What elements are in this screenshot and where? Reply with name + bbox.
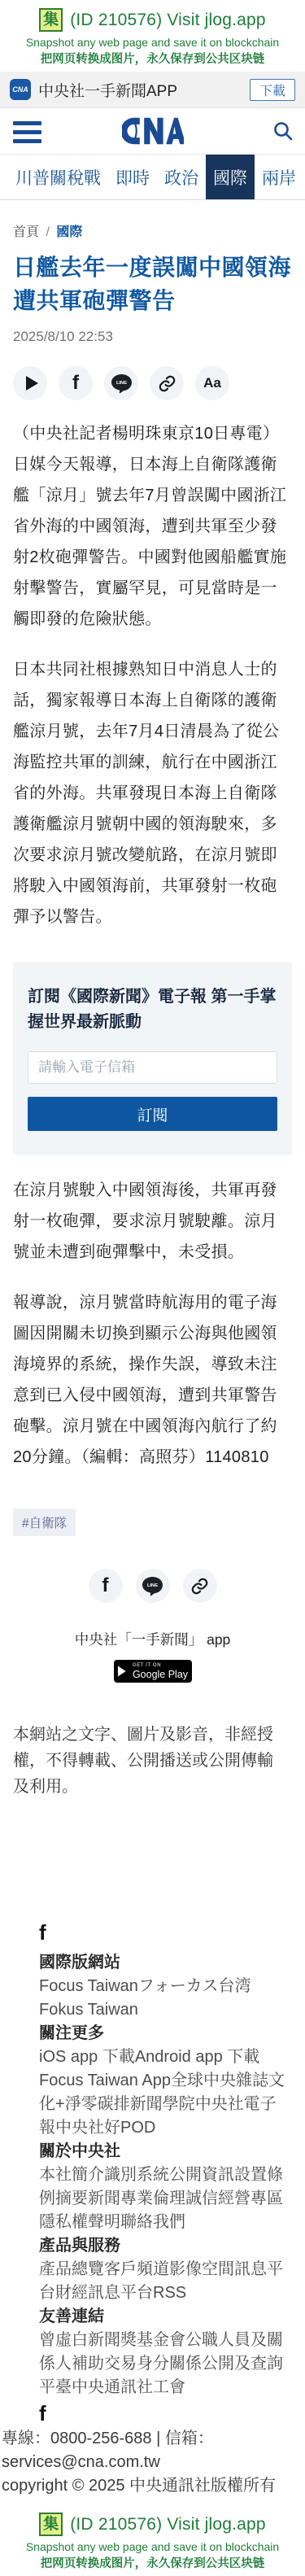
text-size-button[interactable]: Aa: [195, 366, 229, 400]
app-promo: 中央社「一手新聞」 app GET IT ON Google Play: [13, 1629, 292, 1683]
footer-link[interactable]: iOS app 下載: [39, 2048, 135, 2066]
page-title: 日艦去年一度誤闖中國領海遭共軍砲彈警告: [13, 251, 292, 317]
copy-link-button[interactable]: [150, 366, 184, 400]
jlog-logo-icon: 集: [39, 2513, 63, 2536]
share-line-button[interactable]: LINE: [104, 366, 138, 400]
article-date: 2025/8/10 22:53: [13, 329, 292, 345]
footer-link[interactable]: 曾虛白新聞獎基金會: [39, 2331, 185, 2349]
jlog-banner-link[interactable]: (ID 210576) Visit jlog.app: [70, 2515, 266, 2535]
article-main: 首頁 / 國際 日艦去年一度誤闖中國領海遭共軍砲彈警告 2025/8/10 22…: [0, 221, 305, 1800]
share-line-button[interactable]: LINE: [136, 1569, 170, 1603]
footer-link-list: Focus Taiwanフォーカス台湾Fokus Taiwan: [39, 1975, 289, 2022]
facebook-icon: f: [72, 373, 79, 393]
cna-app-icon: CNA: [10, 79, 31, 100]
footer-section-heading: 關注更多: [39, 2022, 289, 2046]
nav-item-2[interactable]: 即時: [108, 155, 157, 199]
copyright-notice: 本網站之文字、圖片及影音，非經授權，不得轉載、公開播送或公開傳輸及利用。: [13, 1722, 292, 1800]
footer-link[interactable]: Fokus Taiwan: [39, 2001, 138, 2019]
category-nav: 川普關稅戰即時政治國際兩岸產經: [0, 154, 305, 200]
line-icon: LINE: [111, 373, 133, 394]
menu-icon[interactable]: [13, 121, 41, 143]
footer-link[interactable]: 聯絡我們: [120, 2213, 185, 2231]
breadcrumb-separator: /: [46, 225, 49, 239]
footer-link[interactable]: Android app 下載: [135, 2048, 259, 2066]
footer-section-heading: 產品與服務: [39, 2234, 289, 2258]
facebook-icon[interactable]: f: [39, 1922, 289, 1943]
footer-link[interactable]: 識別系統: [104, 2166, 169, 2184]
play-audio-button[interactable]: [13, 366, 47, 400]
svg-text:LINE: LINE: [115, 381, 126, 386]
footer-link[interactable]: 新聞學院: [130, 2095, 195, 2113]
site-footer: f 國際版網站Focus Taiwanフォーカス台湾Fokus Taiwan關注…: [0, 1922, 305, 2498]
line-icon: LINE: [142, 1576, 163, 1596]
article-action-bar: f LINE Aa: [13, 366, 292, 400]
footer-link-list: 曾虛白新聞獎基金會公職人員及關係人補助交易身分關係公開及查詢平臺中央通訊社工會: [39, 2329, 289, 2399]
footer-sections: 國際版網站Focus Taiwanフォーカス台湾Fokus Taiwan關注更多…: [39, 1951, 289, 2399]
newsletter-email-input[interactable]: [28, 1051, 277, 1084]
jlog-banner-subtitle-zh: 把网页转换成图片，永久保存到公共区块链: [0, 2554, 305, 2571]
nav-item-3[interactable]: 政治: [157, 155, 206, 199]
footer-email-link[interactable]: services@cna.com.tw: [2, 2451, 305, 2474]
cna-logo[interactable]: [122, 116, 184, 146]
footer-link[interactable]: 客戶頻道: [104, 2260, 169, 2278]
link-icon: [190, 1577, 209, 1596]
breadcrumb-category-link[interactable]: 國際: [56, 225, 82, 239]
newsletter-subscribe-button[interactable]: 訂閱: [28, 1097, 277, 1131]
footer-link[interactable]: 中央社好POD: [55, 2119, 155, 2137]
footer-link-list: 產品總覽客戶頻道影像空間訊息平台財經訊息平台RSS: [39, 2258, 289, 2305]
jlog-banner-link[interactable]: (ID 210576) Visit jlog.app: [70, 11, 266, 30]
jlog-banner-subtitle-zh: 把网页转换成图片，永久保存到公共区块链: [0, 50, 305, 67]
newsletter-title: 訂閱《國際新聞》電子報 第一手掌握世界最新脈動: [28, 985, 277, 1035]
app-download-banner: CNA 中央社一手新聞APP 下載: [0, 72, 305, 108]
footer-link-list: 本社簡介識別系統公開資訊設置條例摘要新聞專業倫理誠信經營專區隱私權聲明聯絡我們: [39, 2163, 289, 2234]
footer-link[interactable]: RSS: [153, 2284, 186, 2302]
google-play-badge-line1: GET IT ON: [133, 1663, 161, 1668]
article-paragraph: 報導說，涼月號當時航海用的電子海圖因開關未切換到顯示公海與他國領海境界的系統，操…: [13, 1287, 292, 1473]
hashtag-row: #自衛隊: [13, 1508, 292, 1536]
google-play-badge[interactable]: GET IT ON Google Play: [114, 1660, 192, 1683]
footer-link[interactable]: 產品總覽: [39, 2260, 104, 2278]
footer-link[interactable]: Focus Taiwan App: [39, 2072, 171, 2089]
jlog-banner-bottom: 集 (ID 210576) Visit jlog.app Snapshot an…: [0, 2504, 305, 2576]
svg-text:LINE: LINE: [147, 1583, 158, 1588]
jlog-banner-subtitle-en: Snapshot any web page and save it on blo…: [0, 2540, 305, 2553]
footer-link[interactable]: 淨零碳排: [65, 2095, 130, 2113]
footer-contact: 專線：0800-256-688 | 信箱： services@cna.com.t…: [0, 2427, 305, 2498]
footer-copyright: copyright © 2025 中央通訊社版權所有: [2, 2474, 305, 2498]
footer-section-heading: 國際版網站: [39, 1951, 289, 1975]
jlog-logo-icon: 集: [39, 8, 63, 32]
footer-link[interactable]: 公開資訊: [169, 2166, 234, 2184]
footer-link[interactable]: 影像空間: [169, 2260, 234, 2278]
footer-link[interactable]: 新聞專業倫理: [88, 2190, 185, 2207]
search-icon[interactable]: [272, 120, 294, 142]
footer-link[interactable]: 本社簡介: [39, 2166, 104, 2184]
hashtag-link[interactable]: #自衛隊: [13, 1508, 76, 1536]
bottom-share-bar: f LINE: [13, 1569, 292, 1603]
facebook-icon[interactable]: f: [39, 2403, 289, 2424]
footer-link[interactable]: フォーカス台湾: [138, 1977, 251, 1995]
link-icon: [158, 374, 176, 393]
footer-link[interactable]: 隱私權聲明: [39, 2213, 120, 2231]
google-play-icon: [117, 1666, 128, 1677]
text-size-icon: Aa: [203, 375, 221, 391]
site-header: [0, 108, 305, 154]
article-paragraph: （中央社記者楊明珠東京10日專電）日媒今天報導，日本海上自衛隊護衛艦「涼月」號去…: [13, 418, 292, 635]
footer-hotline: 專線：0800-256-688 | 信箱：: [2, 2427, 305, 2451]
footer-section-heading: 友善連結: [39, 2305, 289, 2329]
breadcrumb: 首頁 / 國際: [13, 221, 292, 240]
nav-item-1[interactable]: 川普關稅戰: [8, 155, 108, 199]
share-facebook-button[interactable]: f: [59, 366, 93, 400]
app-download-button[interactable]: 下載: [250, 79, 295, 101]
play-icon: [26, 376, 38, 391]
footer-link[interactable]: 中央通訊社工會: [72, 2378, 185, 2396]
facebook-icon: f: [102, 1576, 109, 1596]
copy-link-button[interactable]: [183, 1569, 217, 1603]
app-banner-title: 中央社一手新聞APP: [38, 79, 177, 101]
footer-link[interactable]: 財經訊息平台: [55, 2284, 153, 2302]
google-play-badge-line2: Google Play: [133, 1670, 188, 1680]
footer-link[interactable]: Focus Taiwan: [39, 1977, 138, 1995]
footer-link[interactable]: 誠信經營專區: [185, 2190, 283, 2207]
jlog-banner-top: 集 (ID 210576) Visit jlog.app Snapshot an…: [0, 0, 305, 72]
app-promo-title: 中央社「一手新聞」 app: [13, 1629, 292, 1649]
article-paragraph: 在涼月號駛入中國領海後，共軍再發射一枚砲彈，要求涼月號駛離。涼月號並未遭到砲彈擊…: [13, 1175, 292, 1268]
article-paragraph: 日本共同社根據熟知日中消息人士的話，獨家報導日本海上自衛隊的護衛艦涼月號，去年7…: [13, 654, 292, 932]
footer-link-list: iOS app 下載Android app 下載Focus Taiwan App…: [39, 2046, 289, 2140]
footer-section-heading: 關於中央社: [39, 2140, 289, 2163]
jlog-banner-subtitle-en: Snapshot any web page and save it on blo…: [0, 36, 305, 49]
breadcrumb-home-link[interactable]: 首頁: [13, 225, 39, 239]
footer-link[interactable]: 全球中央雜誌: [171, 2072, 268, 2089]
newsletter-box: 訂閱《國際新聞》電子報 第一手掌握世界最新脈動 訂閱: [13, 962, 292, 1155]
share-facebook-button[interactable]: f: [89, 1569, 123, 1603]
spacer: [0, 1800, 305, 1922]
nav-item-5[interactable]: 兩岸: [255, 155, 303, 199]
nav-item-4[interactable]: 國際: [206, 155, 255, 199]
